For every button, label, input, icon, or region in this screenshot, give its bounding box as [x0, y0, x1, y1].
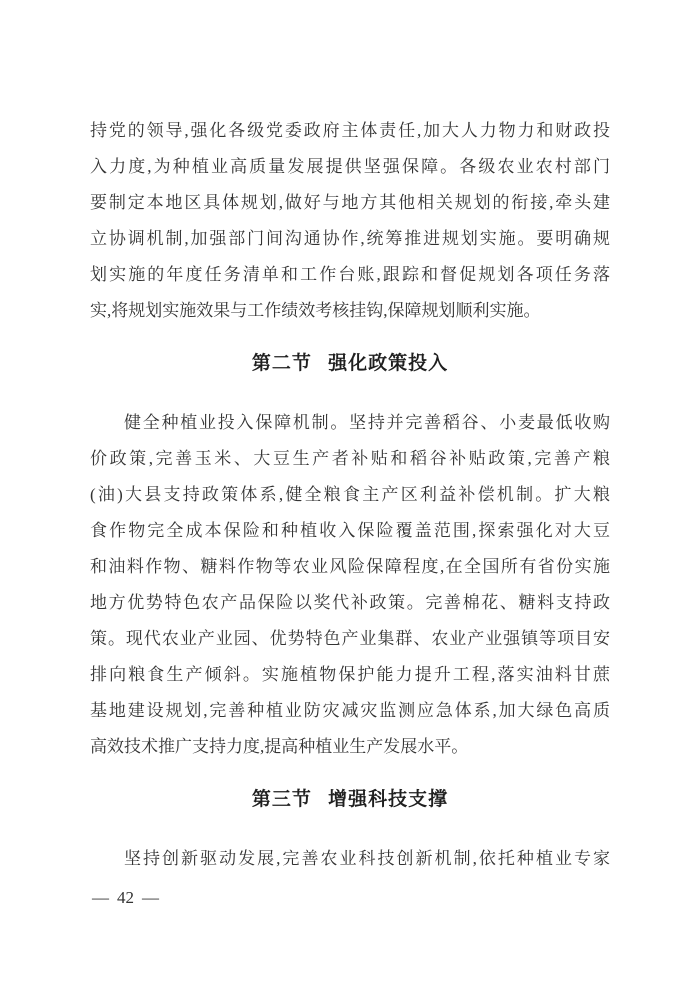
- page-number: 42: [117, 888, 134, 907]
- paragraph: 坚持创新驱动发展,完善农业科技创新机制,依托种植业专家: [90, 841, 610, 877]
- section-heading: 第二节强化政策投入: [90, 349, 610, 379]
- document-body: 持党的领导,强化各级党委政府主体责任,加大人力物力和财政投入力度,为种植业高质量…: [90, 113, 610, 877]
- text-line: 健全种植业投入保障机制。坚持并完善稻谷、小麦最低收购: [90, 405, 610, 441]
- paragraph: 健全种植业投入保障机制。坚持并完善稻谷、小麦最低收购价政策,完善玉米、大豆生产者…: [90, 405, 610, 765]
- section-number: 第三节: [252, 789, 312, 810]
- footer-dash-right: —: [142, 888, 159, 907]
- text-line: 要制定本地区具体规划,做好与地方其他相关规划的衔接,牵头建: [90, 185, 610, 221]
- section-title: 强化政策投入: [328, 353, 448, 374]
- text-line: 排向粮食生产倾斜。实施植物保护能力提升工程,落实油料甘蔗: [90, 657, 610, 693]
- text-line: 入力度,为种植业高质量发展提供坚强保障。各级农业农村部门: [90, 149, 610, 185]
- paragraph: 持党的领导,强化各级党委政府主体责任,加大人力物力和财政投入力度,为种植业高质量…: [90, 113, 610, 329]
- text-line: 基地建设规划,完善种植业防灾减灾监测应急体系,加大绿色高质: [90, 693, 610, 729]
- text-line: (油)大县支持政策体系,健全粮食主产区利益补偿机制。扩大粮: [90, 477, 610, 513]
- text-line: 和油料作物、糖料作物等农业风险保障程度,在全国所有省份实施: [90, 549, 610, 585]
- text-line: 坚持创新驱动发展,完善农业科技创新机制,依托种植业专家: [90, 841, 610, 877]
- text-line: 划实施的年度任务清单和工作台账,跟踪和督促规划各项任务落: [90, 257, 610, 293]
- section-number: 第二节: [252, 353, 312, 374]
- document-page: 持党的领导,强化各级党委政府主体责任,加大人力物力和财政投入力度,为种植业高质量…: [0, 0, 700, 990]
- text-line: 食作物完全成本保险和种植收入保险覆盖范围,探索强化对大豆: [90, 513, 610, 549]
- text-line: 价政策,完善玉米、大豆生产者补贴和稻谷补贴政策,完善产粮: [90, 441, 610, 477]
- text-line: 高效技术推广支持力度,提高种植业生产发展水平。: [90, 729, 610, 765]
- text-line: 策。现代农业产业园、优势特色产业集群、农业产业强镇等项目安: [90, 621, 610, 657]
- text-line: 持党的领导,强化各级党委政府主体责任,加大人力物力和财政投: [90, 113, 610, 149]
- text-line: 地方优势特色农产品保险以奖代补政策。完善棉花、糖料支持政: [90, 585, 610, 621]
- footer-dash-left: —: [92, 888, 109, 907]
- section-title: 增强科技支撑: [328, 789, 448, 810]
- section-heading: 第三节增强科技支撑: [90, 785, 610, 815]
- page-footer: —42—: [92, 887, 159, 909]
- text-line: 实,将规划实施效果与工作绩效考核挂钩,保障规划顺利实施。: [90, 293, 610, 329]
- text-line: 立协调机制,加强部门间沟通协作,统筹推进规划实施。要明确规: [90, 221, 610, 257]
